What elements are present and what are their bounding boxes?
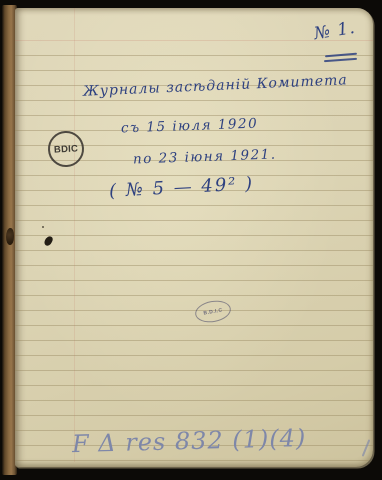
scanned-notebook-page: № 1. Журналы засѣданій Комитета съ 15 ію… <box>0 0 382 480</box>
bdic-round-stamp-label: BDIC <box>54 143 79 155</box>
binding-knot <box>6 228 14 245</box>
left-margin-rule <box>74 8 75 462</box>
ink-speck <box>42 226 44 228</box>
ruled-lines <box>15 55 373 461</box>
notebook-page: № 1. Журналы засѣданій Комитета съ 15 ію… <box>15 8 373 467</box>
bdic-small-oval-stamp-label: B.D.I.C <box>203 307 223 316</box>
